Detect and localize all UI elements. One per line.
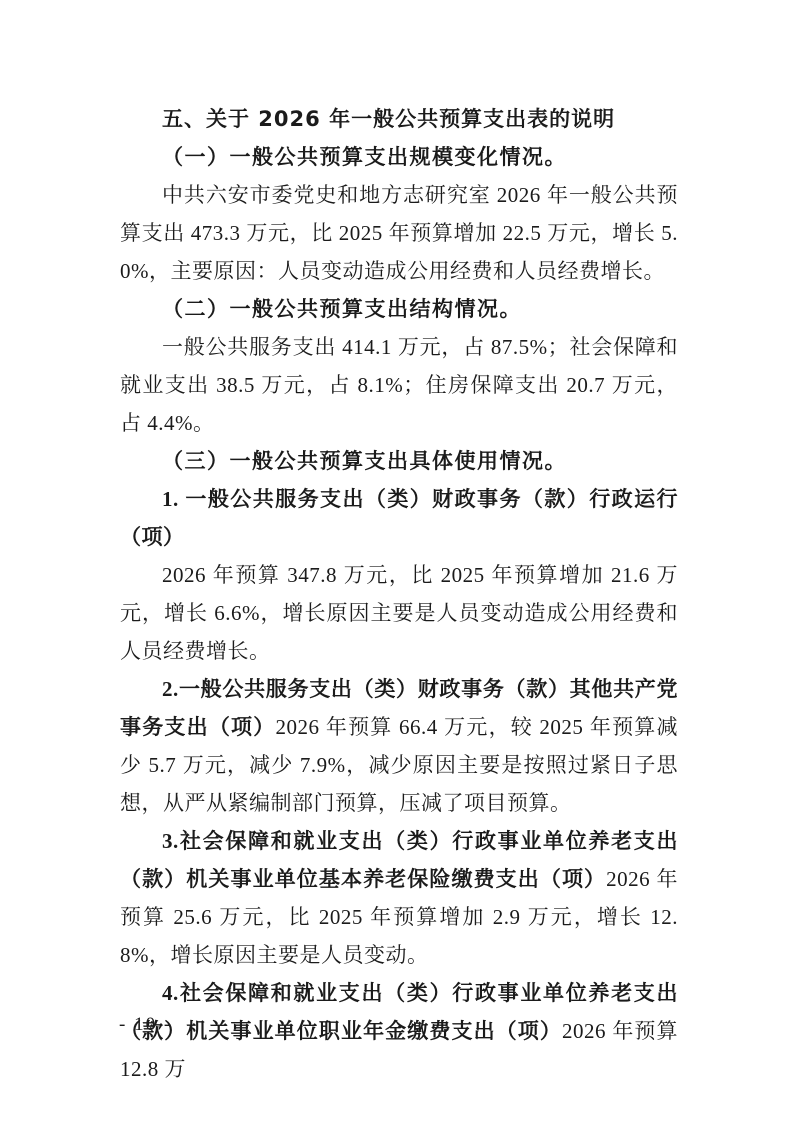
page-number: - 10 - <box>119 1012 172 1038</box>
paragraph-scale-change: 中共六安市委党史和地方志研究室 2026 年一般公共预算支出 473.3 万元，… <box>120 176 678 290</box>
subsection-heading-1: （一）一般公共预算支出规模变化情况。 <box>120 138 678 176</box>
subsection-heading-2: （二）一般公共预算支出结构情况。 <box>120 290 678 328</box>
document-page: 五、关于 2026 年一般公共预算支出表的说明 （一）一般公共预算支出规模变化情… <box>0 0 793 1122</box>
subsection-heading-3: （三）一般公共预算支出具体使用情况。 <box>120 442 678 480</box>
main-heading: 五、关于 2026 年一般公共预算支出表的说明 <box>120 100 678 138</box>
item-3-paragraph: 3.社会保障和就业支出（类）行政事业单位养老支出（款）机关事业单位基本养老保险缴… <box>120 822 678 974</box>
item-1-body: 2026 年预算 347.8 万元，比 2025 年预算增加 21.6 万元，增… <box>120 556 678 670</box>
item-1-heading: 1. 一般公共服务支出（类）财政事务（款）行政运行（项） <box>120 480 678 556</box>
paragraph-structure: 一般公共服务支出 414.1 万元，占 87.5%；社会保障和就业支出 38.5… <box>120 328 678 442</box>
item-2-paragraph: 2.一般公共服务支出（类）财政事务（款）其他共产党事务支出（项）2026 年预算… <box>120 670 678 822</box>
item-3-heading: 3.社会保障和就业支出（类）行政事业单位养老支出（款）机关事业单位基本养老保险缴… <box>120 829 678 891</box>
document-body: 五、关于 2026 年一般公共预算支出表的说明 （一）一般公共预算支出规模变化情… <box>120 100 678 1088</box>
item-4-paragraph: 4.社会保障和就业支出（类）行政事业单位养老支出（款）机关事业单位职业年金缴费支… <box>120 974 678 1088</box>
